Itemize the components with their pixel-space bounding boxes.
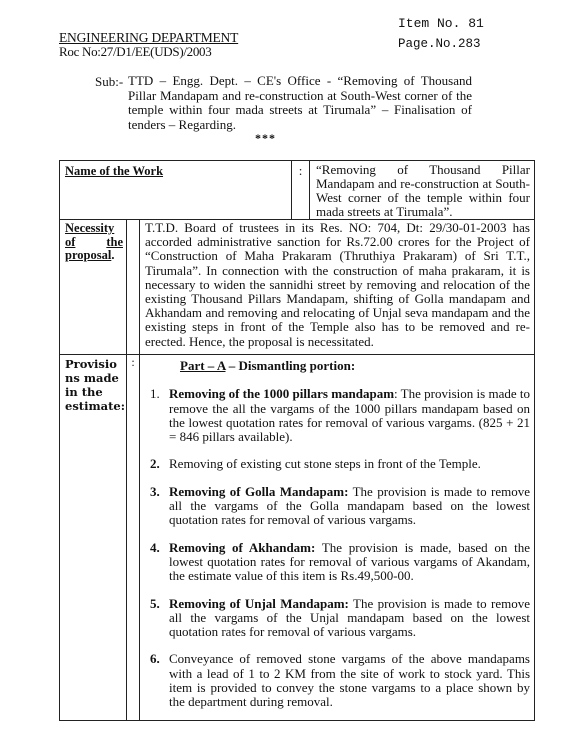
necessity-label: Necessity of the proposal.	[60, 220, 127, 354]
item-body: Removing of the 1000 pillars mandapam: T…	[169, 387, 530, 444]
necessity-label-line2: of the	[65, 236, 126, 250]
necessity-label-of: of	[65, 236, 75, 250]
item-body: Removing of Akhandam: The provision is m…	[169, 541, 530, 584]
row-provisions: Provisio ns made in the estimate: : Part…	[60, 355, 534, 720]
colon-separator	[127, 220, 140, 354]
item-number: 6.	[150, 652, 169, 709]
subject-text: TTD – Engg. Dept. – CE's Office - “Remov…	[128, 74, 472, 132]
provision-items-list: 1.Removing of the 1000 pillars mandapam:…	[150, 387, 530, 709]
item-title: Removing of Unjal Mandapam:	[169, 596, 349, 611]
section-separator: ***	[255, 131, 276, 146]
item-title: Removing of the 1000 pillars mandapam	[169, 386, 394, 401]
colon-separator: :	[292, 161, 310, 219]
page-number: Page.No.283	[398, 37, 481, 51]
name-of-work-value: “Removing of Thousand Pillar Mandapam an…	[310, 161, 534, 219]
list-item: 4.Removing of Akhandam: The provision is…	[150, 541, 530, 584]
item-number: 3.	[150, 485, 169, 528]
necessity-label-suffix: .	[111, 248, 114, 262]
provisions-value: Part – A – Dismantling portion: 1.Removi…	[140, 355, 534, 720]
list-item: 3.Removing of Golla Mandapam: The provis…	[150, 485, 530, 528]
details-table: Name of the Work : “Removing of Thousand…	[59, 160, 535, 721]
part-a-subtitle: – Dismantling portion:	[226, 358, 356, 373]
list-item: 2.Removing of existing cut stone steps i…	[150, 457, 530, 471]
item-number: 5.	[150, 597, 169, 640]
list-item: 1.Removing of the 1000 pillars mandapam:…	[150, 387, 530, 444]
row-necessity: Necessity of the proposal. T.T.D. Board …	[60, 220, 534, 355]
part-a-title: Part – A	[180, 358, 226, 373]
item-number: 2.	[150, 457, 169, 471]
part-a-heading: Part – A – Dismantling portion:	[150, 359, 530, 373]
item-text: Conveyance of removed stone vargams of t…	[169, 651, 530, 709]
item-body: Removing of existing cut stone steps in …	[169, 457, 530, 471]
necessity-label-proposal: proposal	[65, 248, 111, 262]
item-body: Removing of Unjal Mandapam: The provisio…	[169, 597, 530, 640]
item-number: Item No. 81	[398, 16, 484, 31]
colon-separator: :	[127, 355, 140, 720]
name-of-work-label: Name of the Work	[60, 161, 292, 219]
item-body: Removing of Golla Mandapam: The provisio…	[169, 485, 530, 528]
item-body: Conveyance of removed stone vargams of t…	[169, 652, 530, 709]
provisions-label: Provisio ns made in the estimate:	[60, 355, 127, 720]
necessity-label-the: the	[106, 236, 123, 250]
list-item: 6.Conveyance of removed stone vargams of…	[150, 652, 530, 709]
necessity-label-line3: proposal.	[65, 249, 126, 263]
list-item: 5.Removing of Unjal Mandapam: The provis…	[150, 597, 530, 640]
roc-number: Roc No:27/D1/EE(UDS)/2003	[59, 44, 211, 60]
item-text: Removing of existing cut stone steps in …	[169, 456, 481, 471]
necessity-value: T.T.D. Board of trustees in its Res. NO:…	[140, 220, 534, 354]
necessity-label-line1: Necessity	[65, 222, 126, 236]
item-title: Removing of Golla Mandapam:	[169, 484, 348, 499]
item-number: 1.	[150, 387, 169, 444]
subject-label: Sub:-	[95, 74, 123, 90]
item-title: Removing of Akhandam:	[169, 540, 315, 555]
row-name-of-work: Name of the Work : “Removing of Thousand…	[60, 161, 534, 220]
item-number: 4.	[150, 541, 169, 584]
